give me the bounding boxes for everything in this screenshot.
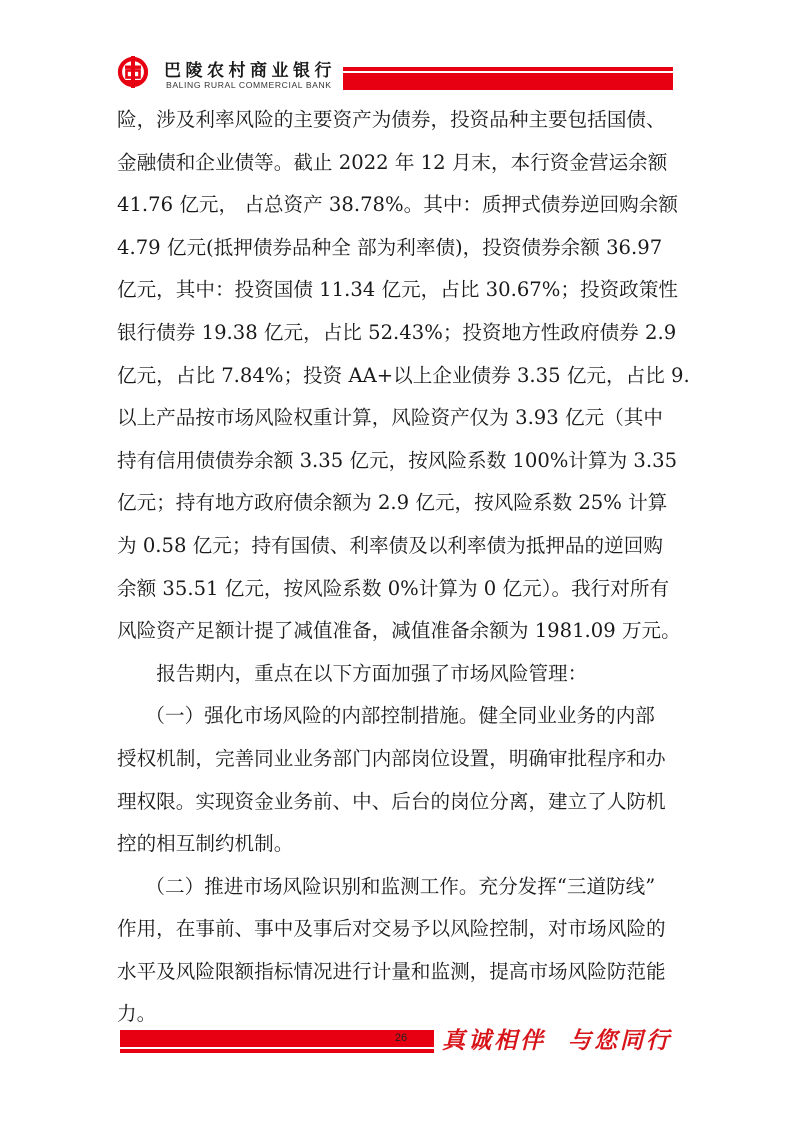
text-line: 水平及风险限额指标情况进行计量和监测，提高市场风险防范能 <box>117 951 691 994</box>
text-line: 授权机制，完善同业业务部门内部岗位设置，明确审批程序和办 <box>117 738 691 781</box>
footer-rule-thick <box>120 1030 434 1047</box>
text-line: 亿元，占比 7.84%；投资 AA+以上企业债券 3.35 亿元，占比 9.06… <box>117 355 691 398</box>
text-line: 作用，在事前、事中及事后对交易予以风险控制，对市场风险的 <box>117 908 691 951</box>
text-line: 风险资产足额计提了减值准备，减值准备余额为 1981.09 万元。 <box>117 610 691 653</box>
paragraph-reporting-period: 报告期内，重点在以下方面加强了市场风险管理： <box>117 653 691 696</box>
text-line: 以上产品按市场风险权重计算，风险资产仅为 3.93 亿元（其中 <box>117 397 691 440</box>
text-line: 控的相互制约机制。 <box>117 823 691 866</box>
text-line: 报告期内，重点在以下方面加强了市场风险管理： <box>117 653 691 696</box>
footer-rule-thin <box>120 1049 434 1053</box>
text-line: 银行债券 19.38 亿元，占比 52.43%；投资地方性政府债券 2.9 <box>117 312 691 355</box>
text-line: 持有信用债债券余额 3.35 亿元，按风险系数 100%计算为 3.35 <box>117 440 691 483</box>
footer-slogan: 真诚相伴 与您同行 <box>442 1022 672 1055</box>
bank-coin-logo-icon <box>117 55 149 89</box>
text-line: 金融债和企业债等。截止 2022 年 12 月末，本行资金营运余额 <box>117 142 691 185</box>
text-line: 41.76 亿元， 占总资产 38.78%。其中：质押式债券逆回购余额 <box>117 184 691 227</box>
bank-name-chinese: 巴陵农村商业银行 <box>164 56 336 81</box>
bank-name-english: BALING RURAL COMMERCIAL BANK <box>166 80 332 90</box>
text-line: 余额 35.51 亿元，按风险系数 0%计算为 0 亿元）。我行对所有 <box>117 568 691 611</box>
text-line: （一）强化市场风险的内部控制措施。健全同业业务的内部 <box>117 695 691 738</box>
text-line: 亿元；持有地方政府债余额为 2.9 亿元，按风险系数 25% 计算 <box>117 482 691 525</box>
document-body: 险，涉及利率风险的主要资产为债券，投资品种主要包括国债、 金融债和企业债等。截止… <box>117 99 691 1036</box>
paragraph-bond-holdings: 险，涉及利率风险的主要资产为债券，投资品种主要包括国债、 金融债和企业债等。截止… <box>117 99 691 653</box>
text-line: 理权限。实现资金业务前、中、后台的岗位分离，建立了人防机 <box>117 781 691 824</box>
header-rule-thick <box>343 73 673 90</box>
text-line: （二）推进市场风险识别和监测工作。充分发挥“三道防线” <box>117 866 691 909</box>
page-header: 巴陵农村商业银行 BALING RURAL COMMERCIAL BANK <box>0 0 793 100</box>
text-line: 4.79 亿元(抵押债券品种全 部为利率债)，投资债券余额 36.97 <box>117 227 691 270</box>
text-line: 亿元，其中：投资国债 11.34 亿元，占比 30.67%；投资政策性 <box>117 269 691 312</box>
text-line: 为 0.58 亿元；持有国债、利率债及以利率债为抵押品的逆回购 <box>117 525 691 568</box>
header-rule-thin <box>343 67 673 71</box>
paragraph-risk-monitoring: （二）推进市场风险识别和监测工作。充分发挥“三道防线” 作用，在事前、事中及事后… <box>117 866 691 1036</box>
paragraph-internal-control: （一）强化市场风险的内部控制措施。健全同业业务的内部 授权机制，完善同业业务部门… <box>117 695 691 865</box>
text-line: 险，涉及利率风险的主要资产为债券，投资品种主要包括国债、 <box>117 99 691 142</box>
page-number: 26 <box>388 1030 414 1047</box>
